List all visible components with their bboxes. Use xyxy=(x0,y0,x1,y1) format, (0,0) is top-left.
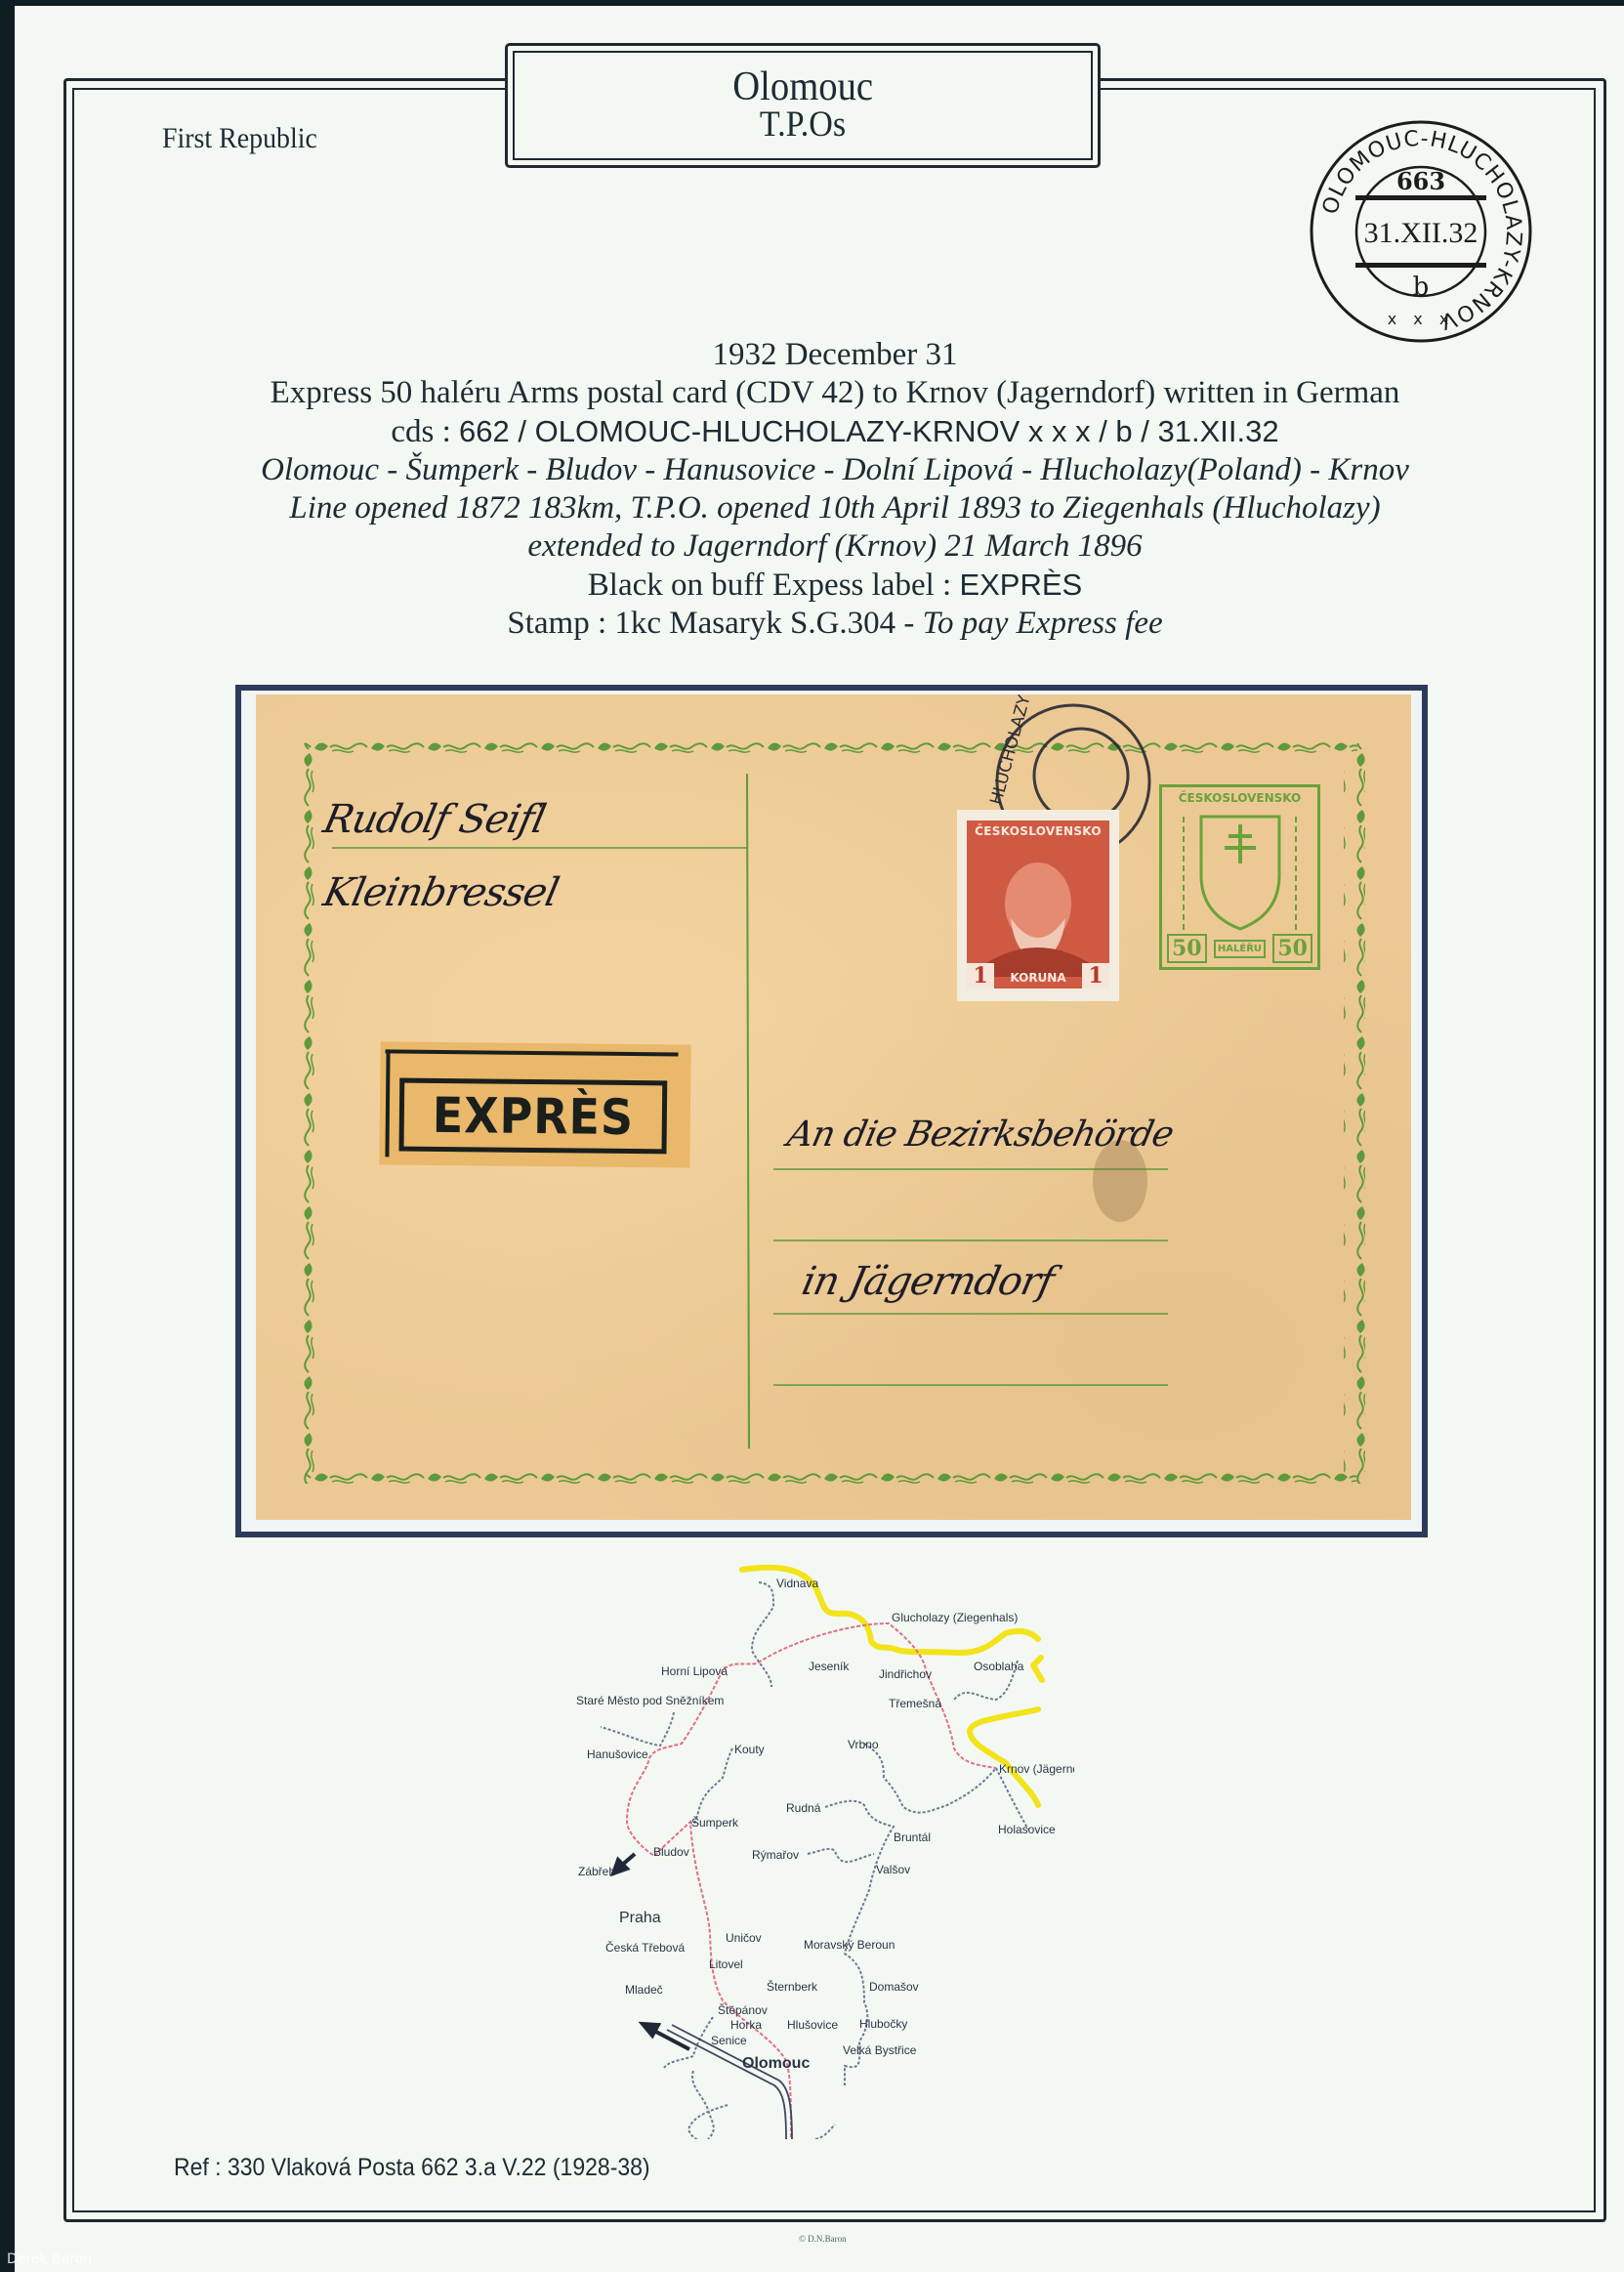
imprinted-arms-stamp: ČESKOSLOVENSKO 50 HALÉŘU 50 xyxy=(1159,784,1320,970)
map-label: Domašov xyxy=(869,1980,919,1994)
cds-suffix: b xyxy=(1413,273,1430,302)
route-line: Olomouc - Šumperk - Bludov - Hanusovice … xyxy=(73,451,1597,489)
item-title: Express 50 haléru Arms postal card (CDV … xyxy=(73,374,1597,412)
history-line-2: extended to Jagerndorf (Krnov) 21 March … xyxy=(73,527,1597,566)
map-label: Holasovice xyxy=(998,1823,1056,1836)
map-label: Valšov xyxy=(876,1863,910,1876)
map-label: Hlušovice xyxy=(787,2018,838,2032)
reference-note: Ref : 330 Vlaková Posta 662 3.a V.22 (19… xyxy=(174,2154,650,2182)
cancellation-illustration: OLOMOUC-HLUCHOLAZY-KRNOV 663 31.XII.32 b… xyxy=(1299,109,1543,354)
section-label: First Republic xyxy=(162,122,317,155)
express-label-text: EXPRÈS xyxy=(433,1086,635,1145)
cds-value: 662 / OLOMOUC-HLUCHOLAZY-KRNOV x x x / b… xyxy=(459,414,1279,448)
map-label: Rudná xyxy=(786,1801,821,1815)
map-label: Olomouc xyxy=(742,2055,810,2072)
map-label: Štěpánov xyxy=(718,2002,768,2017)
map-label: Osoblaha xyxy=(974,1660,1024,1673)
postal-card: HLUCHOLAZY · 662 · 31.XII.32 · OLOMOUC R… xyxy=(256,694,1411,1520)
map-label: Velká Bystřice xyxy=(843,2043,917,2057)
map-label: Bludov xyxy=(653,1845,689,1859)
map-label: Vidnava xyxy=(776,1577,818,1590)
label-value: EXPRÈS xyxy=(959,568,1082,602)
map-label: Senice xyxy=(711,2034,747,2047)
map-labels: VidnavaGlucholazy (Ziegenhals)Horní Lipo… xyxy=(576,1577,1074,2072)
map-label: Jeseník xyxy=(809,1660,850,1673)
history-line-1: Line opened 1872 183km, T.P.O. opened 10… xyxy=(73,489,1597,527)
map-label: Jindřichov xyxy=(879,1667,932,1681)
map-label: Staré Město pod Sněžníkem xyxy=(576,1694,724,1707)
map-label: Litovel xyxy=(709,1957,743,1971)
map-label: Praha xyxy=(619,1910,661,1926)
cds-date: 31.XII.32 xyxy=(1364,217,1478,249)
item-date: 1932 December 31 xyxy=(73,336,1597,374)
map-label: Uničov xyxy=(726,1931,762,1945)
watermark: Derek Baron xyxy=(7,2251,92,2267)
map-label: Šumperk xyxy=(691,1815,739,1830)
label-line: Black on buff Expess label : EXPRÈS xyxy=(73,566,1597,605)
cds-train-number: 663 xyxy=(1396,167,1445,195)
map-label: Hanušovice xyxy=(587,1747,648,1761)
sender-name: Rudolf Seifl xyxy=(319,797,549,842)
map-label: Kouty xyxy=(734,1743,765,1756)
map-label: Mladeč xyxy=(625,1983,663,1997)
page-title: Olomouc xyxy=(732,67,873,106)
map-label: Třemešná xyxy=(889,1697,941,1710)
map-label: Zábřeh xyxy=(578,1865,615,1878)
cds-ornaments: x x x xyxy=(1388,310,1455,328)
map-label: Bruntál xyxy=(894,1830,931,1844)
stamp-line: Stamp : 1kc Masaryk S.G.304 - To pay Exp… xyxy=(73,605,1597,643)
cds-line: cds : 662 / OLOMOUC-HLUCHOLAZY-KRNOV x x… xyxy=(73,412,1597,451)
map-label: Horní Lipová xyxy=(661,1664,728,1678)
map-label: Hlubočky xyxy=(859,2017,907,2031)
title-box: Olomouc T.P.Os xyxy=(513,51,1093,160)
page-subtitle: T.P.Os xyxy=(760,106,846,144)
item-description: 1932 December 31 Express 50 haléru Arms … xyxy=(73,336,1597,643)
address-line-2: in Jägerndorf xyxy=(798,1259,1058,1304)
masaryk-stamp: ČESKOSLOVENSKO 1 1 KORUNA xyxy=(957,810,1119,1001)
railway-map: VidnavaGlucholazy (Ziegenhals)Horní Lipo… xyxy=(566,1553,1074,2139)
copyright: © D.N.Baron xyxy=(799,2234,847,2244)
map-label: Glucholazy (Ziegenhals) xyxy=(892,1611,1018,1624)
map-label: Česká Třebová xyxy=(605,1940,685,1955)
address-line-1: An die Bezirksbehörde xyxy=(784,1115,1177,1155)
stamp-note: To pay Express fee xyxy=(923,606,1163,641)
express-label: EXPRÈS xyxy=(379,1041,690,1167)
map-label: Rýmařov xyxy=(752,1848,799,1862)
map-label: Krnov (Jägerndorf) xyxy=(999,1762,1074,1776)
map-label: Moravský Beroun xyxy=(804,1938,895,1952)
sender-place: Kleinbressel xyxy=(319,870,562,915)
map-label: Horka xyxy=(730,2018,762,2032)
map-label: Vrbno xyxy=(848,1738,879,1751)
map-label: Šternberk xyxy=(767,1979,818,1994)
